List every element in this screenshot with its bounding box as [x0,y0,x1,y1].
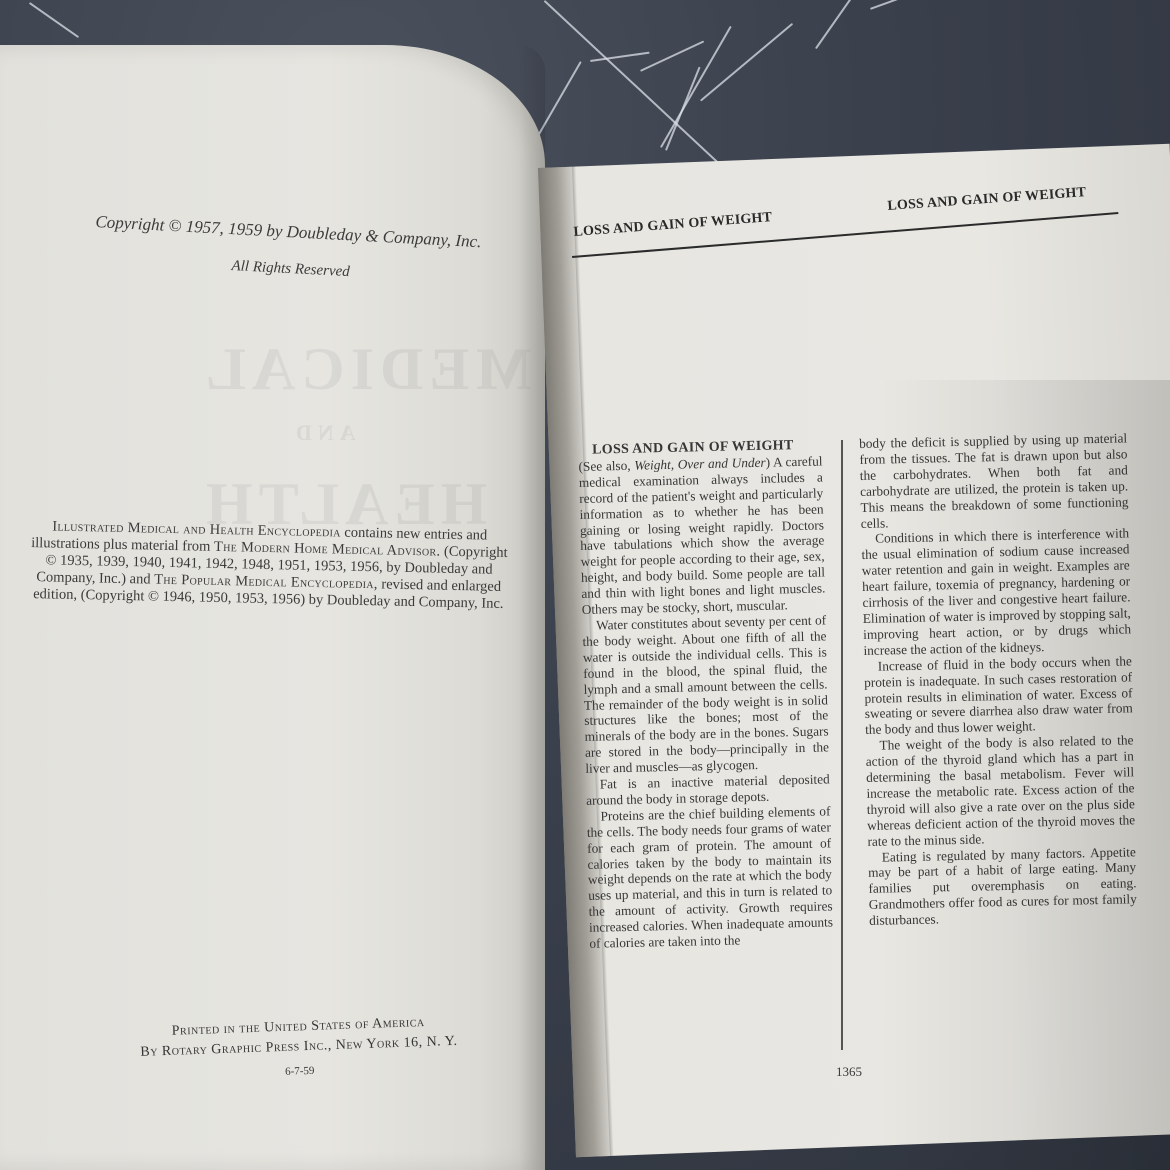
credits-block: Illustrated Medical and Health Encyclope… [28,518,510,613]
marble-vein [815,0,862,49]
see-also-prefix: (See also, [578,458,634,474]
paragraph: Water constitutes about seventy per cent… [582,612,830,777]
show-through-text: AND [290,420,356,446]
printer-imprint: Printed in the United States of America … [108,1011,490,1088]
page-number: 1365 [836,1064,862,1080]
paragraph: body the deficit is supplied by using up… [859,430,1129,531]
marble-vein [29,2,79,38]
paragraph: (See also, Weight, Over and Under) A car… [578,453,826,618]
photo-scene: MEDICAL AND HEALTH Copyright © 1957, 195… [0,0,1170,1170]
paragraph: Eating is regulated by many factors. App… [868,844,1138,929]
paragraph: Conditions in which there is interferenc… [861,526,1132,659]
credits-conj: and [129,571,150,587]
column-1: LOSS AND GAIN OF WEIGHT (See also, Weigh… [578,437,833,951]
paragraph: Proteins are the chief building elements… [586,803,833,952]
marble-vein [700,23,793,101]
marble-vein [870,0,908,9]
show-through-text: MEDICAL [200,335,532,404]
column-rule [841,440,843,1050]
paragraph-text: ) A careful medical examination always i… [579,453,826,617]
marble-vein [640,40,704,71]
column-2: body the deficit is supplied by using up… [859,430,1137,929]
paragraph: Increase of fluid in the body occurs whe… [864,653,1134,738]
marble-vein [544,0,735,178]
paragraph: The weight of the body is also related t… [865,733,1135,850]
see-also-link: Weight, Over and Under [634,455,766,473]
